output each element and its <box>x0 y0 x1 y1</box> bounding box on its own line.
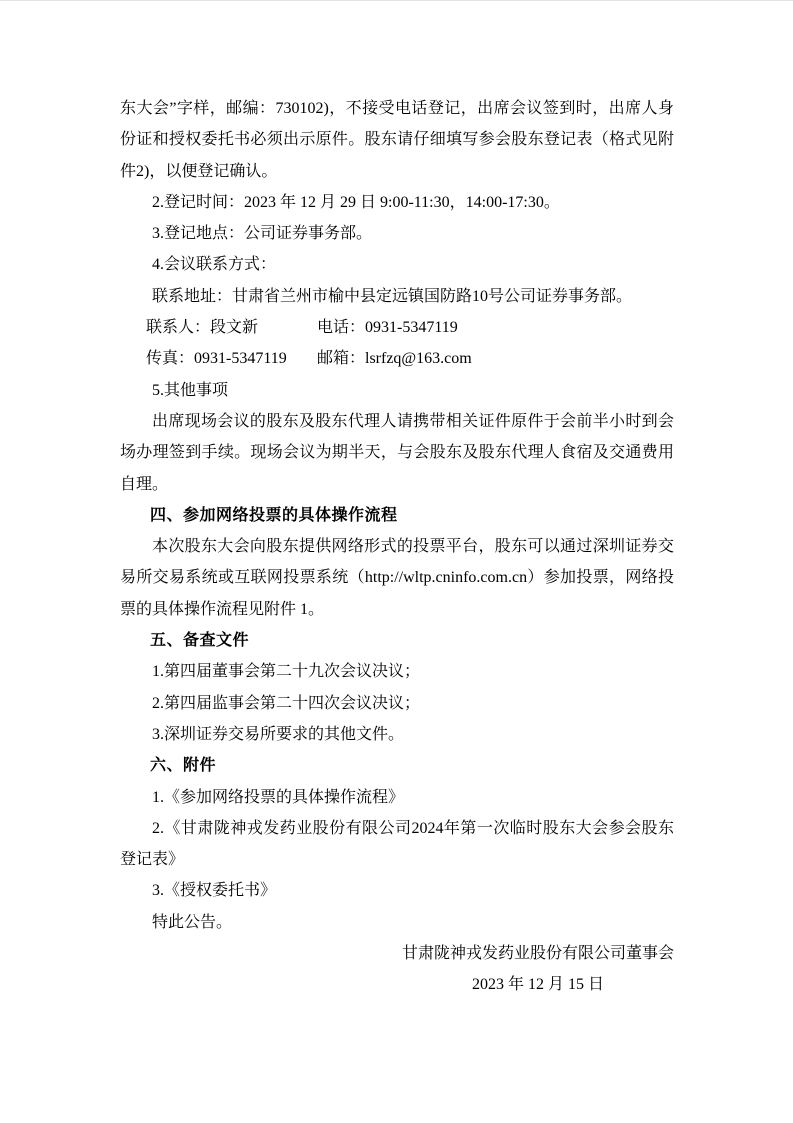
contact-email: 邮箱：lsrfzq@163.com <box>317 343 674 374</box>
para-registration-continuation: 东大会”字样，邮编：730102)，不接受电话登记，出席会议签到时，出席人身份证… <box>120 93 674 187</box>
document-page: 东大会”字样，邮编：730102)，不接受电话登记，出席会议签到时，出席人身份证… <box>0 0 793 1123</box>
signature-company: 甘肃陇神戎发药业股份有限公司董事会 <box>402 938 674 969</box>
para-closing: 特此公告。 <box>120 907 674 938</box>
contact-fax: 传真：0931-5347119 <box>146 343 317 374</box>
para-other-body: 出席现场会议的股东及股东代理人请携带相关证件原件于会前半小时到会场办理签到手续。… <box>120 406 674 500</box>
list-item-section5-3: 3.深圳证券交易所要求的其他文件。 <box>120 719 674 750</box>
para-registration-time: 2.登记时间：2023 年 12 月 29 日 9:00-11:30，14:00… <box>120 187 674 218</box>
signature-block: 甘肃陇神戎发药业股份有限公司董事会 2023 年 12 月 15 日 <box>402 938 674 1001</box>
para-other-title: 5.其他事项 <box>120 375 674 406</box>
para-section4-body: 本次股东大会向股东提供网络形式的投票平台，股东可以通过深圳证券交易所交易系统或互… <box>120 531 674 625</box>
para-registration-place: 3.登记地点：公司证券事务部。 <box>120 218 674 249</box>
signature-date: 2023 年 12 月 15 日 <box>402 969 674 1000</box>
document-content: 东大会”字样，邮编：730102)，不接受电话登记，出席会议签到时，出席人身份证… <box>120 93 674 1001</box>
list-item-section6-3: 3.《授权委托书》 <box>120 875 674 906</box>
heading-section-5: 五、备查文件 <box>120 625 674 656</box>
para-contact-address: 联系地址：甘肃省兰州市榆中县定远镇国防路10号公司证券事务部。 <box>120 281 674 312</box>
contact-row-person-phone: 联系人：段文新 电话：0931-5347119 <box>120 312 674 343</box>
heading-section-4: 四、参加网络投票的具体操作流程 <box>120 500 674 531</box>
contact-person: 联系人：段文新 <box>146 312 317 343</box>
contact-phone: 电话：0931-5347119 <box>317 312 674 343</box>
para-contact-title: 4.会议联系方式： <box>120 249 674 280</box>
contact-row-fax-email: 传真：0931-5347119 邮箱：lsrfzq@163.com <box>120 343 674 374</box>
list-item-section5-1: 1.第四届董事会第二十九次会议决议； <box>120 656 674 687</box>
list-item-section5-2: 2.第四届监事会第二十四次会议决议； <box>120 688 674 719</box>
list-item-section6-2: 2.《甘肃陇神戎发药业股份有限公司2024年第一次临时股东大会参会股东登记表》 <box>120 813 674 876</box>
heading-section-6: 六、附件 <box>120 750 674 781</box>
list-item-section6-1: 1.《参加网络投票的具体操作流程》 <box>120 782 674 813</box>
